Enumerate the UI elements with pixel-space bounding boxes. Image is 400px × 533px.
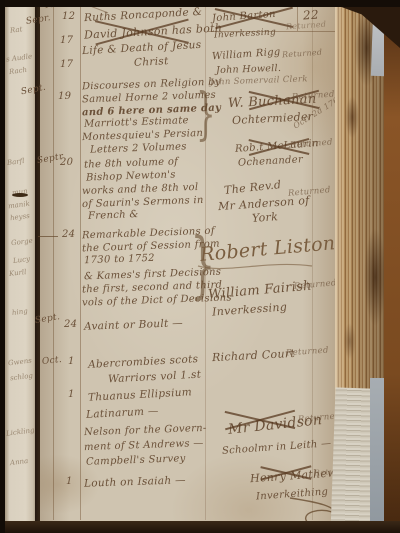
ledger-photo: Rat s Audle Rach Barfl mun manik heyss G… <box>0 0 400 533</box>
facing-fragment: Rat <box>10 25 23 34</box>
margin-day: 12 <box>62 12 75 22</box>
frame-top <box>0 0 400 7</box>
facing-fragment: heyss <box>10 212 31 222</box>
signature-underline-flourish <box>196 258 316 274</box>
strike-cross <box>214 6 294 28</box>
strike-cross <box>224 402 296 436</box>
facing-fragment: schlog <box>10 372 34 383</box>
facing-fragment: s Audle <box>6 52 33 63</box>
frame-left <box>0 0 5 533</box>
entry-line: French & <box>88 210 139 222</box>
ink-blot <box>12 193 28 197</box>
margin-day: 17 <box>60 60 73 70</box>
facing-fragment: Lucy <box>13 255 31 265</box>
facing-fragment: Rach <box>9 66 28 76</box>
entry-brace: } <box>196 82 216 147</box>
facing-fragment: Gwens <box>8 357 33 368</box>
page-stack-corner <box>330 387 375 533</box>
strike-cross <box>260 460 312 484</box>
ditto-dash <box>38 236 58 237</box>
facing-fragment: manik <box>8 200 31 211</box>
facing-fragment: Kurll <box>9 268 27 278</box>
margin-day: 24 <box>62 230 75 240</box>
facing-fragment: Lickling <box>6 426 35 437</box>
column-rule <box>80 6 81 520</box>
entry-line: Christ <box>134 56 169 68</box>
facing-fragment: hing <box>12 307 29 317</box>
margin-day: 1 <box>68 390 75 400</box>
margin-day: 17 <box>60 36 73 46</box>
frame-bottom <box>0 521 400 533</box>
facing-page-edge: Rat s Audle Rach Barfl mun manik heyss G… <box>4 0 35 533</box>
margin-day: 1 <box>68 357 75 367</box>
margin-day: 19 <box>58 92 71 102</box>
margin-day: 1 <box>66 477 73 487</box>
facing-fragment: Barfl <box>7 157 25 167</box>
borrower-name: John Howell. <box>216 64 282 76</box>
facing-fragment: Gorge <box>11 237 34 248</box>
margin-day: 24 <box>64 320 77 330</box>
column-rule <box>53 6 54 520</box>
margin-day: 20 <box>60 158 73 168</box>
facing-fragment: Anna <box>10 457 29 467</box>
borrower-place: York <box>252 211 279 224</box>
wood-frame-right <box>384 0 400 533</box>
